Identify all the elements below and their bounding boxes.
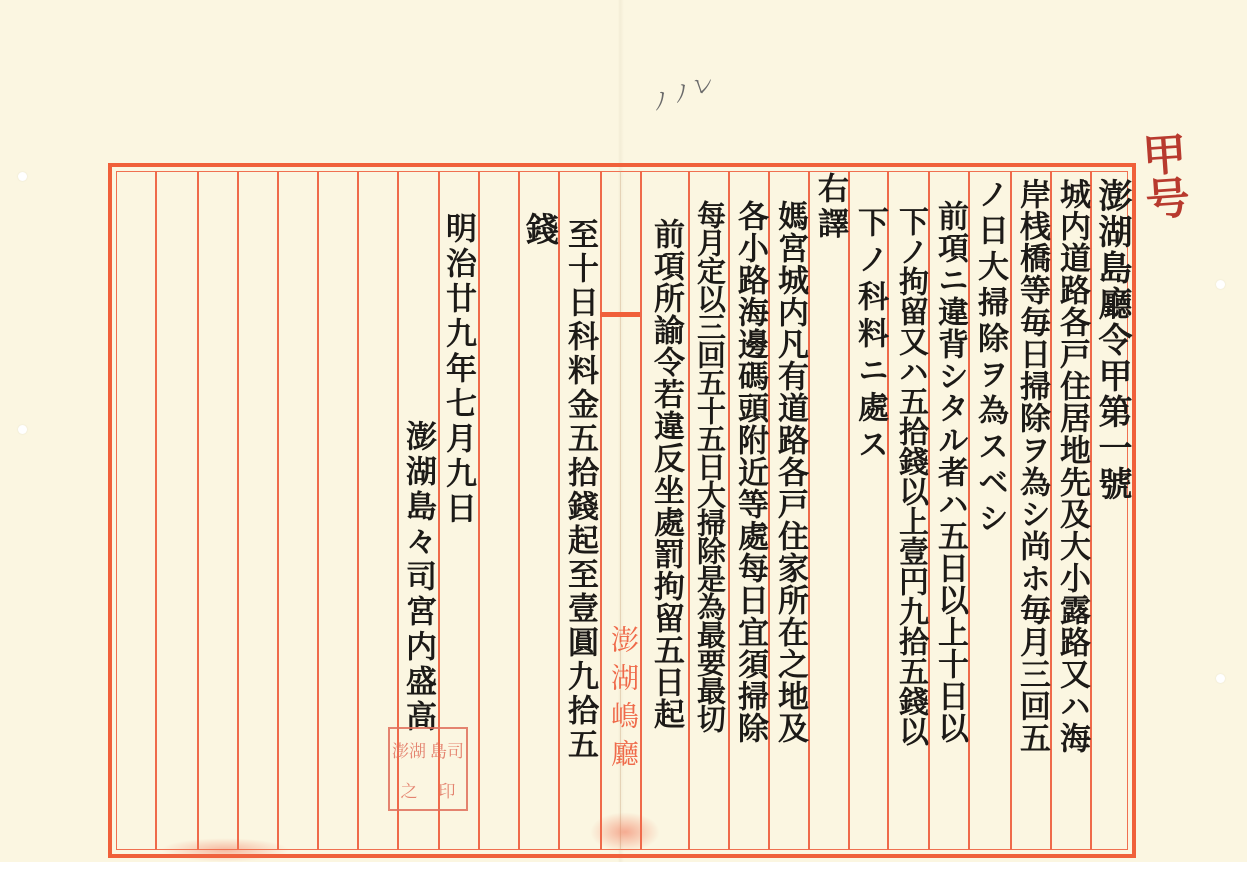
official-seal: 澎湖 島司 之 印 bbox=[388, 727, 468, 811]
binding-hole bbox=[18, 425, 27, 434]
column-rule bbox=[518, 171, 520, 850]
column-rule bbox=[357, 171, 359, 850]
text-column: 岸桟橋等毎日掃除ヲ為シ尚ホ毎月三回五 bbox=[1012, 178, 1052, 754]
text-column: 城内道路各戸住居地先及大小露路又ハ海 bbox=[1052, 178, 1092, 754]
text-column: 下ノ拘留又ハ五拾錢以上壹円九拾五錢以 bbox=[890, 206, 930, 746]
column-rule bbox=[155, 171, 157, 850]
center-fish-tail-bar bbox=[600, 312, 640, 317]
text-column: 每月定以三回五十五日大掃除是為最要最切 bbox=[690, 200, 730, 732]
text-column: 至十日科料金五拾錢起至壹圓九拾五 bbox=[560, 218, 600, 762]
text-column: 媽宮城内凡有道路各戸住家所在之地及 bbox=[770, 200, 810, 744]
column-rule bbox=[277, 171, 279, 850]
scan-edge bbox=[0, 862, 1247, 871]
column-rule bbox=[197, 171, 199, 850]
column-rule bbox=[640, 171, 642, 850]
column-rule bbox=[317, 171, 319, 850]
binding-hole bbox=[1216, 674, 1225, 683]
column-rule bbox=[478, 171, 480, 850]
text-column: 錢 bbox=[520, 212, 560, 247]
column-rule bbox=[600, 171, 602, 850]
ordinance-title: 澎湖島廳令甲第一號 bbox=[1092, 178, 1132, 502]
signatory-line: 澎湖島々司宮内盛高 bbox=[398, 420, 438, 735]
seal-character: 島司 bbox=[428, 737, 466, 762]
text-column: 前項ニ違背シタル者ハ五日以上十日以 bbox=[930, 200, 970, 744]
ink-smudge bbox=[590, 812, 660, 852]
seal-character: 之 bbox=[390, 777, 428, 802]
seal-character: 印 bbox=[428, 777, 466, 802]
date-line: 明治廿九年七月九日 bbox=[438, 212, 478, 527]
text-column: 各小路海邊碼頭附近等處每日宜須掃除 bbox=[730, 200, 770, 744]
text-column: ノ日大掃除ヲ為スベシ bbox=[970, 178, 1010, 538]
text-column: 下ノ科料ニ處ス bbox=[850, 206, 890, 465]
red-margin-label: 甲号 bbox=[1135, 131, 1187, 222]
translation-label: 右譯 bbox=[810, 172, 850, 242]
center-imprint: 澎湖嶋廳 bbox=[607, 625, 639, 777]
seal-character: 澎湖 bbox=[390, 737, 428, 762]
binding-hole bbox=[1216, 280, 1225, 289]
binding-hole bbox=[18, 172, 27, 181]
text-column: 前項所諭令若違反坐處罰拘留五日起 bbox=[646, 218, 686, 730]
ink-smudge bbox=[160, 838, 290, 862]
column-rule bbox=[237, 171, 239, 850]
